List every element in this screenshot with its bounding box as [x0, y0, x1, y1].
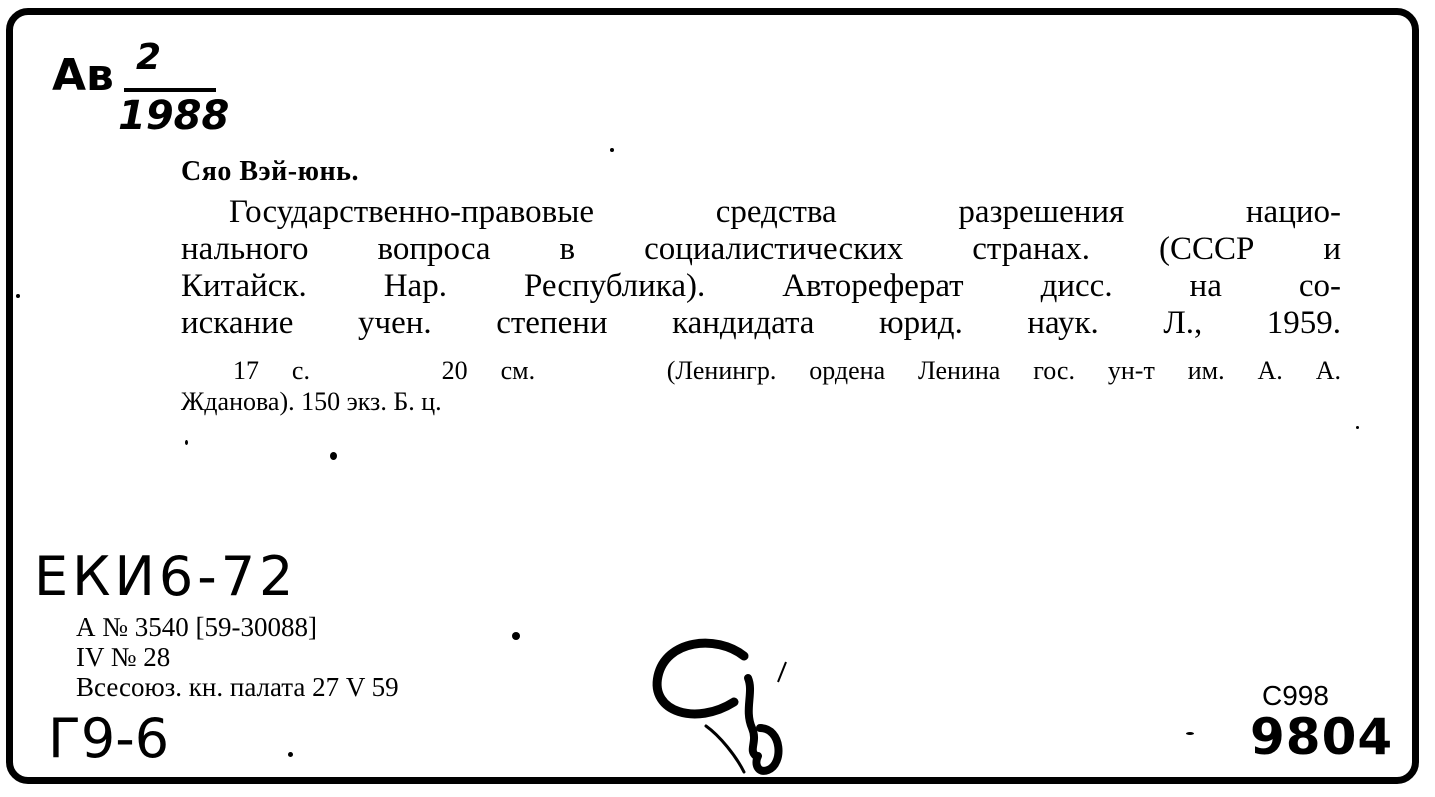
description-line: 17 с. 20 см. (Ленингр. ордена Ленина гос…	[181, 355, 1341, 386]
scan-speck	[1186, 732, 1194, 735]
title-description: Государственно-правовые средства разреше…	[181, 194, 1341, 342]
shelf-mark: Ав 2 1988	[52, 40, 252, 150]
title-line: Государственно-правовые средства разреше…	[181, 194, 1341, 231]
description-line: Жданова). 150 экз. Б. ц.	[181, 386, 1341, 417]
scan-speck	[610, 148, 614, 152]
shelf-mark-numerator: 2	[136, 40, 161, 76]
registry-line: Всесоюз. кн. палата 27 V 59	[76, 672, 399, 702]
scan-speck	[330, 452, 337, 460]
handwritten-inventory-number: 9804	[1250, 712, 1393, 762]
scan-speck	[16, 294, 20, 298]
registry-line: IV № 28	[76, 642, 399, 672]
scan-speck	[1356, 426, 1359, 429]
title-line: Китайск. Нар. Республика). Автореферат д…	[181, 268, 1341, 305]
scan-speck	[512, 632, 520, 640]
author-heading: Сяо Вэй-юнь.	[181, 156, 359, 188]
registry-line: А № 3540 [59-30088]	[76, 612, 399, 642]
title-line: искание учен. степени кандидата юрид. на…	[181, 305, 1341, 342]
physical-description: 17 с. 20 см. (Ленингр. ордена Ленина гос…	[181, 355, 1341, 417]
handwritten-classification: ЕКИ6-72	[34, 550, 297, 604]
handwritten-bottom-code: Г9-6	[48, 712, 169, 766]
scan-speck	[185, 440, 188, 445]
shelf-mark-prefix: Ав	[52, 54, 114, 98]
scan-speck	[288, 752, 293, 757]
handwritten-stamp-mark-icon	[636, 632, 806, 782]
registry-info: А № 3540 [59-30088] IV № 28 Всесоюз. кн.…	[76, 612, 399, 702]
shelf-mark-fraction-line	[124, 88, 216, 92]
shelf-mark-denominator: 1988	[118, 96, 229, 136]
title-line: нального вопроса в социалистических стра…	[181, 231, 1341, 268]
